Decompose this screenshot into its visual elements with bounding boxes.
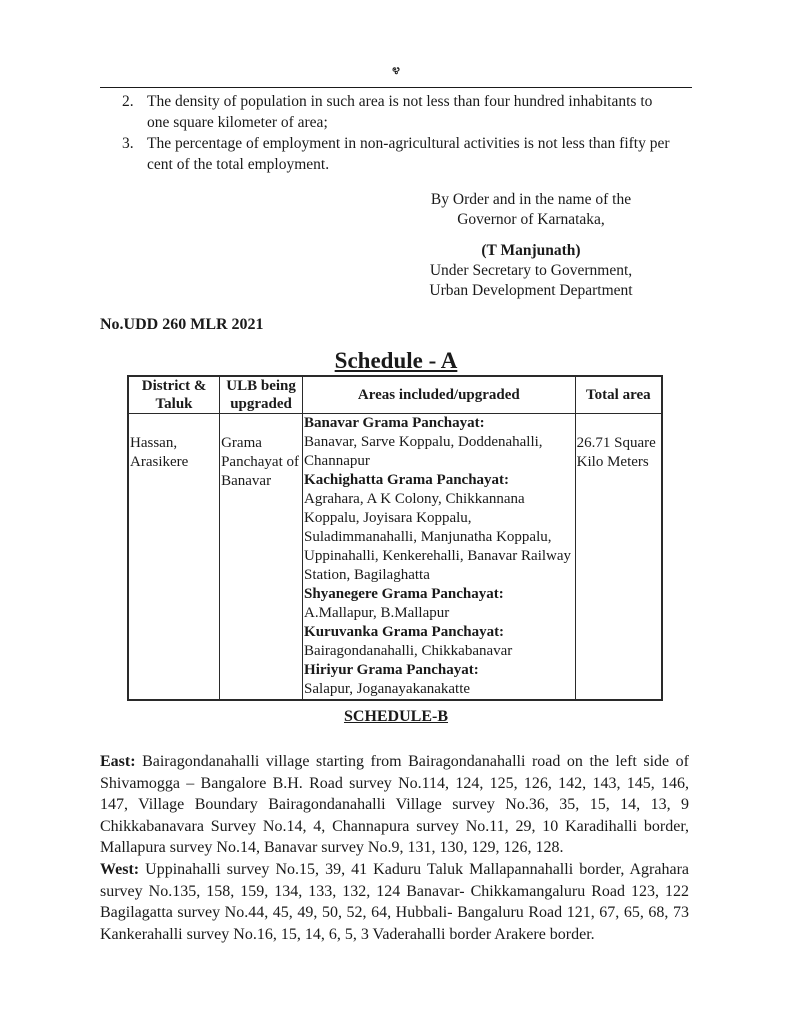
area-group: Kachighatta Grama Panchayat: Agrahara, A… <box>304 471 574 585</box>
boundary-east-label: East: <box>100 753 136 770</box>
condition-text: The density of population in such area i… <box>147 93 652 131</box>
schedule-a-title: Schedule - A <box>0 348 792 374</box>
boundary-east-text: Bairagondanahalli village starting from … <box>100 753 689 856</box>
village-list: Salapur, Joganayakanakatte <box>304 680 574 699</box>
boundary-west-text: Uppinahalli survey No.15, 39, 41 Kaduru … <box>100 861 689 943</box>
village-list: A.Mallapur, B.Mallapur <box>304 604 574 623</box>
panchayat-name: Banavar Grama Panchayat: <box>304 414 574 433</box>
condition-item: 3. The percentage of employment in non-a… <box>118 133 678 175</box>
area-group: Banavar Grama Panchayat: Banavar, Sarve … <box>304 414 574 471</box>
boundary-east: East: Bairagondanahalli village starting… <box>100 751 689 859</box>
signatory-designation: Under Secretary to Government, <box>420 261 642 281</box>
boundary-west: West: Uppinahalli survey No.15, 39, 41 K… <box>100 859 689 945</box>
signatory-name: (T Manjunath) <box>420 241 642 261</box>
area-group: Hiriyur Grama Panchayat: Salapur, Jogana… <box>304 661 574 699</box>
schedule-a-table: District & Taluk ULB being upgraded Area… <box>127 375 663 701</box>
header-rule <box>100 87 692 88</box>
panchayat-name: Shyanegere Grama Panchayat: <box>304 585 574 604</box>
cell-areas: Banavar Grama Panchayat: Banavar, Sarve … <box>303 414 576 701</box>
area-group: Shyanegere Grama Panchayat: A.Mallapur, … <box>304 585 574 623</box>
order-number: No.UDD 260 MLR 2021 <box>100 316 264 334</box>
table-row: Hassan, Arasikere Grama Panchayat of Ban… <box>128 414 662 701</box>
village-list: Banavar, Sarve Koppalu, Doddenahalli, Ch… <box>304 433 574 471</box>
cell-district: Hassan, Arasikere <box>128 414 220 701</box>
boundary-west-label: West: <box>100 861 139 878</box>
condition-text: The percentage of employment in non-agri… <box>147 135 670 173</box>
signature-block: By Order and in the name of the Governor… <box>420 190 642 301</box>
cell-ulb: Grama Panchayat of Banavar <box>220 414 303 701</box>
panchayat-name: Hiriyur Grama Panchayat: <box>304 661 574 680</box>
header-total-area: Total area <box>575 376 662 414</box>
area-group: Kuruvanka Grama Panchayat: Bairagondanah… <box>304 623 574 661</box>
condition-number: 3. <box>122 133 134 154</box>
schedule-b-title: SCHEDULE-B <box>0 708 792 726</box>
condition-item: 2. The density of population in such are… <box>118 91 678 133</box>
condition-number: 2. <box>122 91 134 112</box>
panchayat-name: Kachighatta Grama Panchayat: <box>304 471 574 490</box>
header-areas: Areas included/upgraded <box>303 376 576 414</box>
conditions-list: 2. The density of population in such are… <box>118 91 678 175</box>
cell-total-area: 26.71 Square Kilo Meters <box>575 414 662 701</box>
signature-order-line: By Order and in the name of the <box>420 190 642 210</box>
panchayat-name: Kuruvanka Grama Panchayat: <box>304 623 574 642</box>
header-ulb: ULB being upgraded <box>220 376 303 414</box>
signatory-department: Urban Development Department <box>420 281 642 301</box>
header-district: District & Taluk <box>128 376 220 414</box>
table-header-row: District & Taluk ULB being upgraded Area… <box>128 376 662 414</box>
signature-governor-line: Governor of Karnataka, <box>420 210 642 230</box>
page-number: ೪ <box>0 62 792 78</box>
village-list: Agrahara, A K Colony, Chikkannana Koppal… <box>304 490 574 585</box>
village-list: Bairagondanahalli, Chikkabanavar <box>304 642 574 661</box>
